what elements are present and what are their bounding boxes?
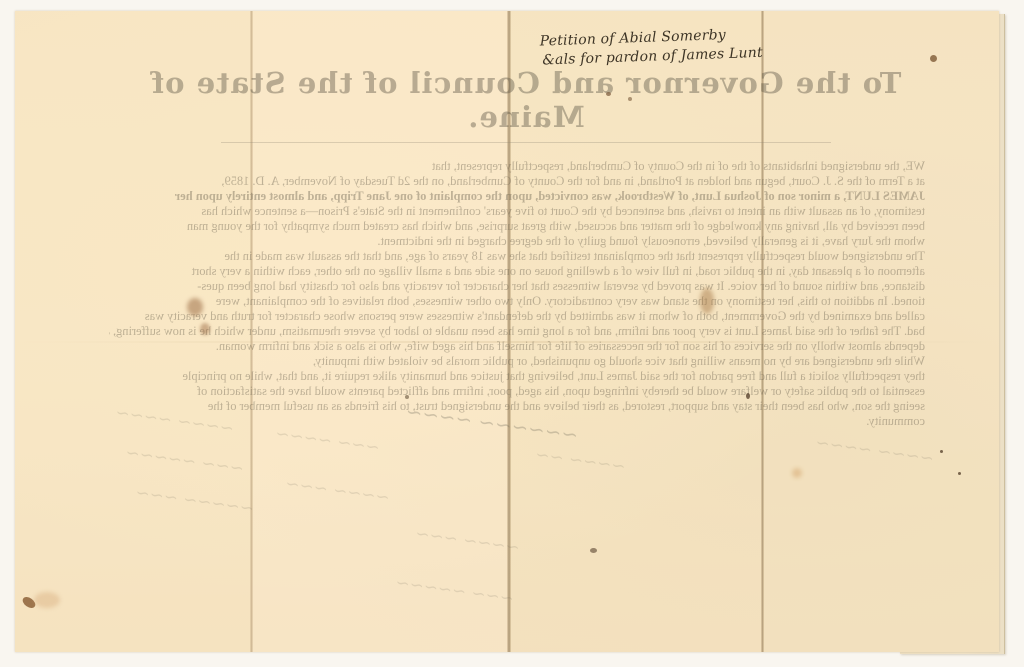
ink-speck bbox=[958, 472, 961, 475]
water-stain bbox=[792, 468, 802, 478]
text-line: WE, the undersigned inhabitants of the o… bbox=[109, 159, 943, 174]
paragraph: WE, the undersigned inhabitants of the o… bbox=[109, 159, 943, 249]
text-line: testimony, of an assault with an intent … bbox=[109, 204, 943, 219]
text-line: seeing the son, who has been their stay … bbox=[109, 399, 943, 414]
text-line: depends almost wholly on the services of… bbox=[109, 339, 943, 354]
water-stain bbox=[34, 592, 60, 608]
text-line: called and examined by the Government, b… bbox=[109, 309, 943, 324]
text-line: While the undersigned are by no means wi… bbox=[109, 354, 943, 369]
text-line: bad. The father of the said James Lunt i… bbox=[109, 324, 943, 339]
text-line: JAMES LUNT, a minor son of Joshua Lunt, … bbox=[109, 189, 943, 204]
ink-speck bbox=[405, 395, 409, 399]
document-page: To the Governor and Council of the State… bbox=[15, 11, 999, 652]
text-line: tioned. In addition to this, her testimo… bbox=[109, 294, 943, 309]
text-line: essential to the public safety or welfar… bbox=[109, 384, 943, 399]
water-stain bbox=[187, 298, 203, 316]
title-rule bbox=[221, 142, 831, 143]
ink-speck bbox=[930, 55, 937, 62]
ink-speck bbox=[590, 548, 597, 553]
text-line: afternoon of a pleasant day, in the publ… bbox=[109, 264, 943, 279]
text-line: they respectfully solicit a full and fre… bbox=[109, 369, 943, 384]
text-line: distance, and within sound of her voice.… bbox=[109, 279, 943, 294]
text-line: whom the Jury have, it is generally beli… bbox=[109, 234, 943, 249]
ink-speck bbox=[606, 92, 611, 96]
bleed-through-body: WE, the undersigned inhabitants of the o… bbox=[101, 159, 951, 429]
text-line: The undersigned would respectfully repre… bbox=[109, 249, 943, 264]
text-line: been received by all, having any knowled… bbox=[109, 219, 943, 234]
water-stain bbox=[200, 323, 210, 335]
bleed-through-text: To the Governor and Council of the State… bbox=[101, 66, 951, 429]
paragraph: The undersigned would respectfully repre… bbox=[109, 249, 943, 354]
text-line: at a Term of the S. J. Court, begun and … bbox=[109, 174, 943, 189]
ink-speck bbox=[746, 393, 750, 399]
ink-speck bbox=[628, 97, 632, 101]
ink-speck bbox=[940, 450, 943, 453]
bleed-through-title: To the Governor and Council of the State… bbox=[101, 66, 951, 134]
water-stain bbox=[700, 288, 714, 314]
